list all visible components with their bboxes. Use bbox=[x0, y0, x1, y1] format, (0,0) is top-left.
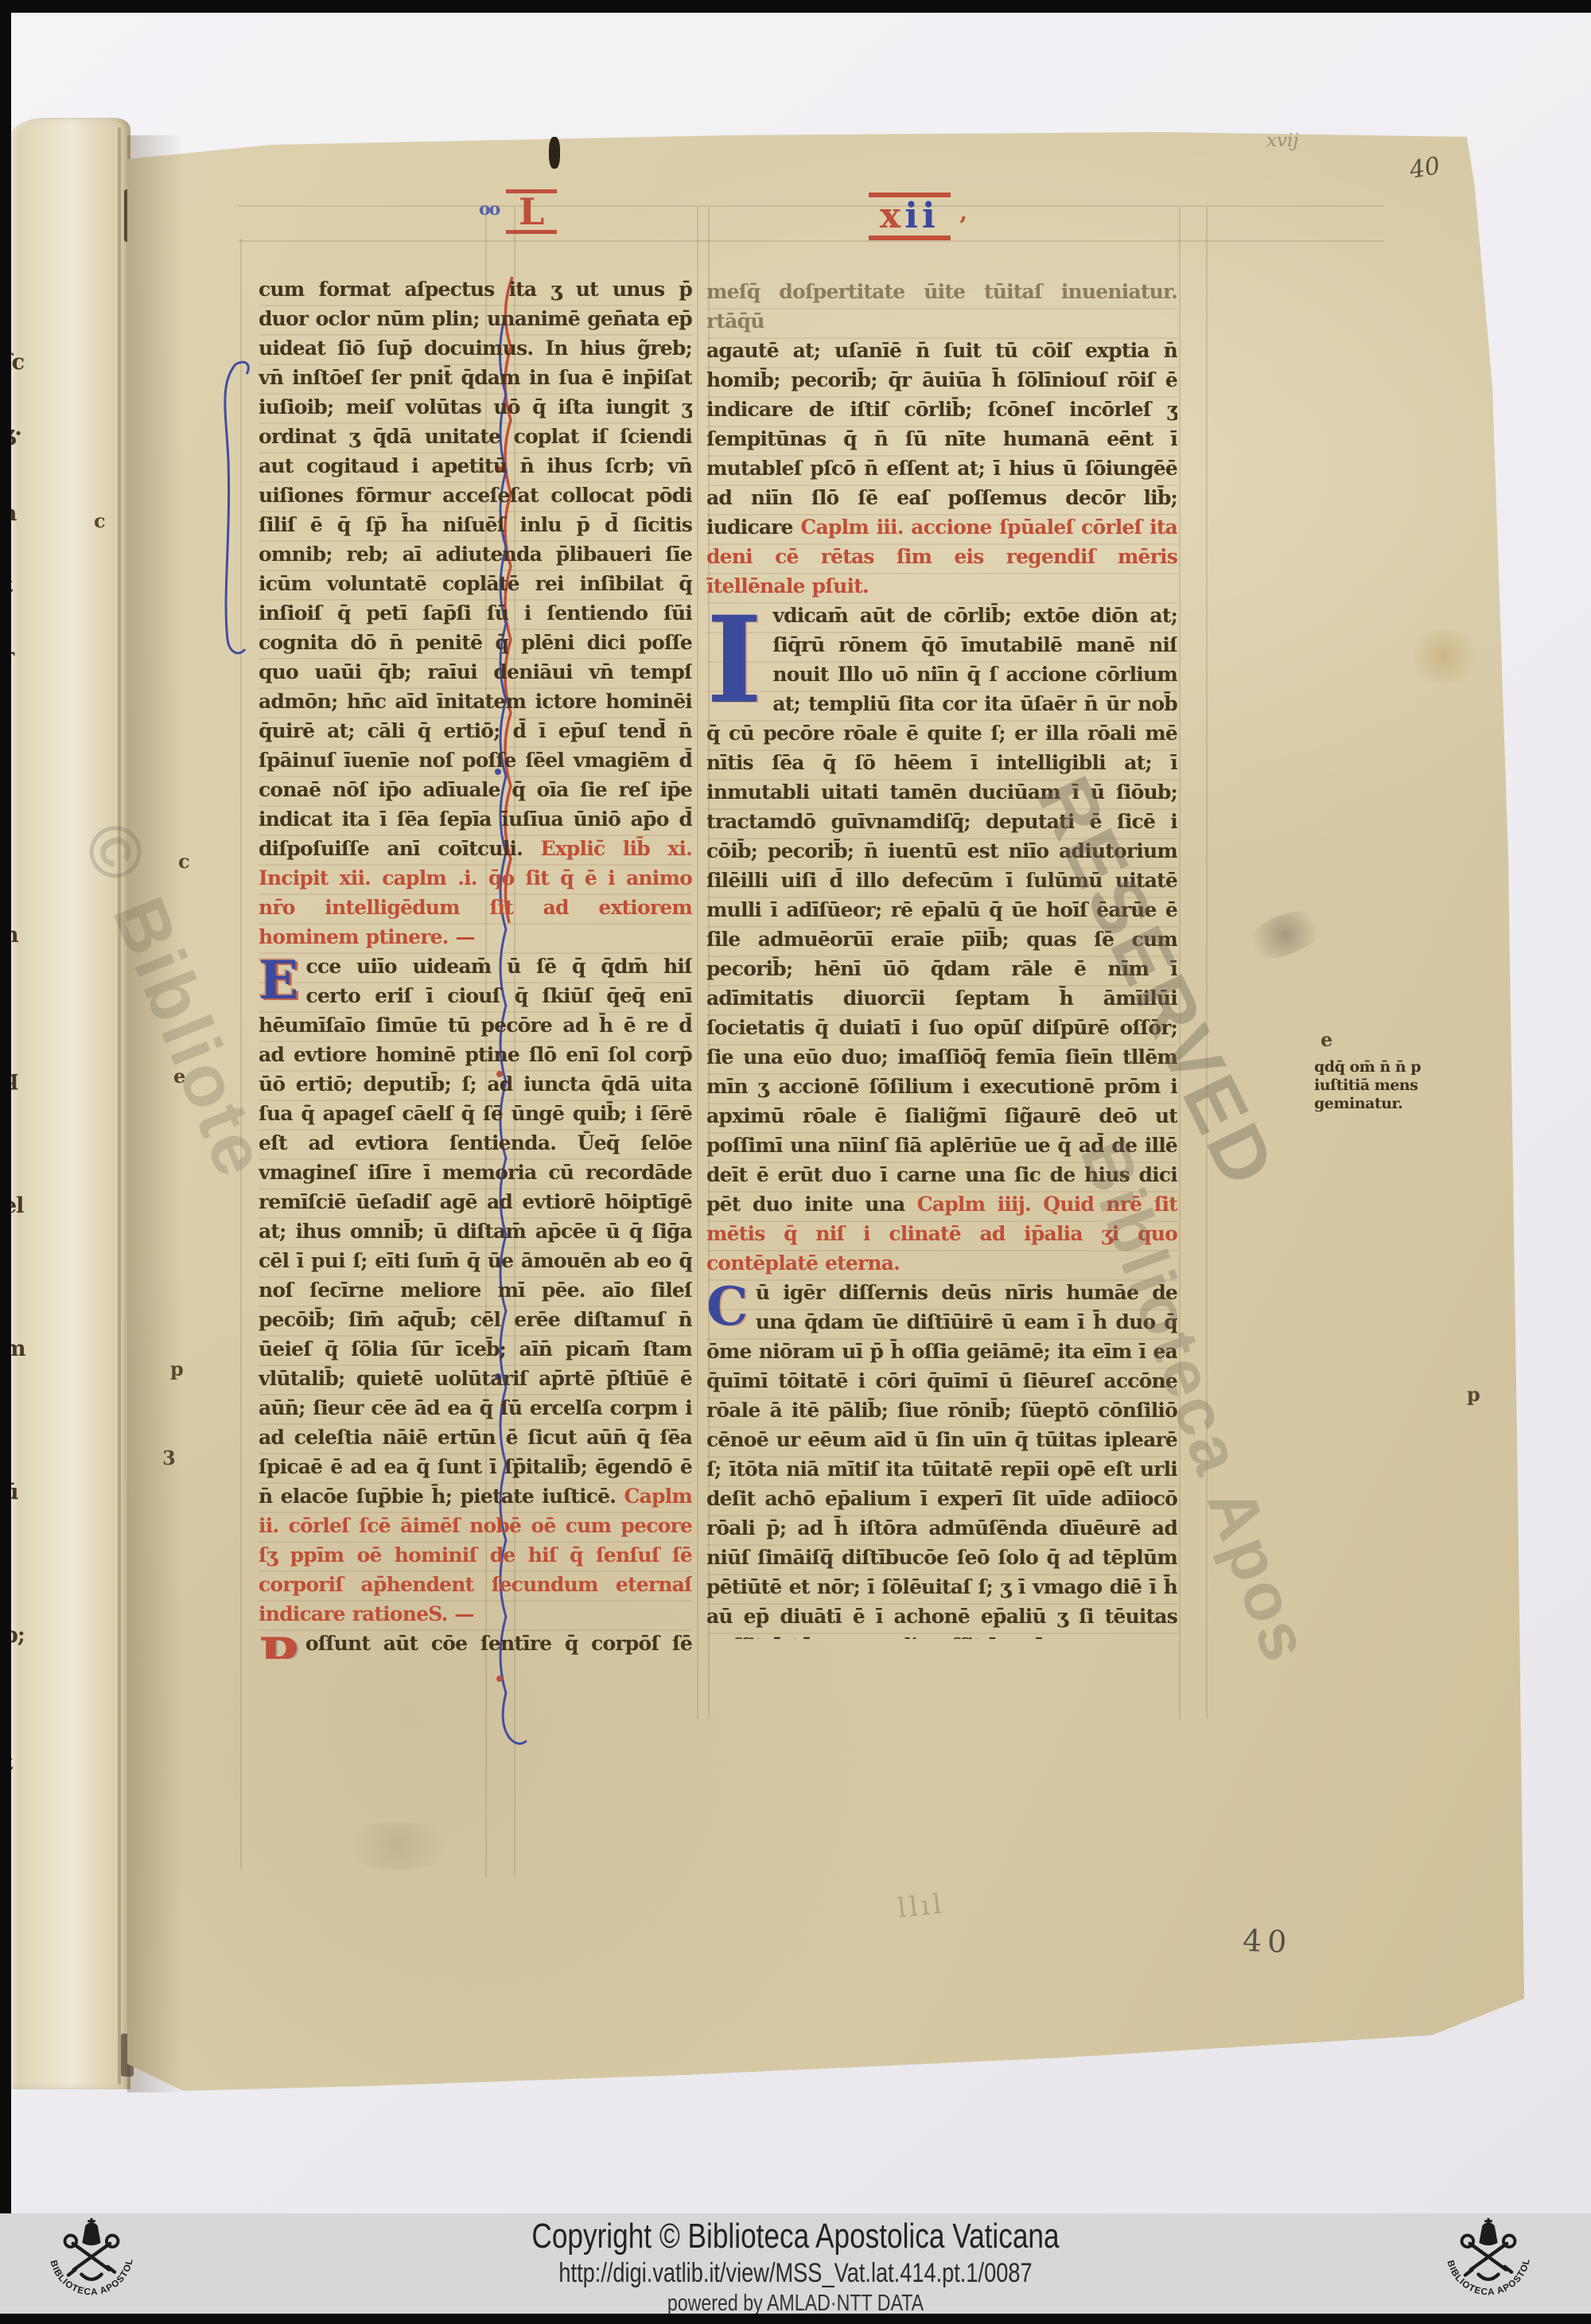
key-bow-icon bbox=[1503, 2236, 1515, 2248]
illuminated-initial: P bbox=[259, 1629, 305, 1659]
footer-credits: Copyright © Biblioteca Apostolica Vatica… bbox=[0, 2217, 1591, 2317]
facing-page-text-fragment: b; bbox=[11, 1623, 25, 1648]
manuscript-block: Poſſunt aūt cōe ſentīre q̄ corpōſ ſē ert… bbox=[259, 1629, 692, 1659]
ruling-line bbox=[239, 240, 1384, 242]
illuminated-initial: I bbox=[706, 601, 772, 715]
key-bow-icon bbox=[65, 2236, 77, 2248]
facing-page-text-fragment: t bbox=[11, 573, 12, 598]
frame-top bbox=[0, 0, 1591, 13]
body-text: agautē at; uſanīē n̄ ſuit tū cōiſ exptia… bbox=[706, 339, 1177, 539]
facing-page-text-fragment: a bbox=[11, 501, 17, 526]
facing-page-text-fragment: r bbox=[11, 644, 14, 669]
facing-page-text-fragment: el bbox=[11, 1193, 23, 1218]
running-header-numeral: xii ’ bbox=[869, 193, 951, 240]
numeral-ii: ii bbox=[904, 196, 939, 236]
liber-mark: L bbox=[506, 189, 557, 234]
facing-page-text-fragment: m bbox=[11, 1337, 25, 1361]
papal-tiara-icon bbox=[1479, 2222, 1497, 2245]
body-text: cum format aſpectus ita ʒ ut unus p̄ duo… bbox=[259, 278, 692, 860]
margin-letter: c bbox=[178, 850, 190, 873]
source-url[interactable]: http://digi.vatlib.it/view/MSS_Vat.lat.4… bbox=[159, 2256, 1432, 2290]
body-text: ū igēr diſſernis deūs nīris humāe de una… bbox=[706, 1281, 1177, 1639]
ruling-line bbox=[697, 207, 698, 1719]
numeral-comma: ’ bbox=[959, 208, 971, 245]
stain bbox=[334, 1822, 461, 1870]
frame-left bbox=[0, 0, 11, 2213]
header-squiggle: oo bbox=[479, 199, 499, 220]
manuscript-block: meſq̄ doſpertitate ūite tūitaſ inueniatu… bbox=[706, 277, 1177, 336]
facing-page-sliver: ſcʒ·atrīnqelmūb;t bbox=[11, 239, 38, 1989]
vatican-library-logo-left: BIBLIOTECA APOSTOLICA VATICANA bbox=[41, 2213, 142, 2314]
numeral-x: x bbox=[880, 196, 904, 236]
folio-number-ink: 40 bbox=[1407, 152, 1442, 185]
key-bow-icon bbox=[107, 2236, 119, 2248]
body-text: cce uiīo uideam̄ ū ſē q̄ q̄dm̄ hiſ certo… bbox=[259, 955, 692, 1508]
faint-inscription: xvij bbox=[1266, 130, 1298, 151]
facing-page-text-fragment: ſc bbox=[11, 350, 24, 375]
facing-page-text-fragment: ʒ· bbox=[11, 422, 21, 446]
margin-letter: c bbox=[94, 509, 106, 532]
manuscript-block: Cū igēr diſſernis deūs nīris humāe de un… bbox=[706, 1278, 1177, 1639]
margin-note-line: geminatur. bbox=[1314, 1095, 1402, 1112]
margin-letter: p bbox=[1467, 1383, 1480, 1406]
body-text: meſq̄ doſpertitate ūite tūitaſ inueniatu… bbox=[706, 280, 1177, 333]
illuminated-initial: E bbox=[259, 952, 306, 1006]
papal-tiara-icon bbox=[82, 2222, 100, 2245]
illuminated-initial: C bbox=[706, 1278, 756, 1332]
powered-by-line: powered by AMLAD·NTT DATA bbox=[159, 2290, 1432, 2317]
margin-letter: e bbox=[1321, 1028, 1332, 1051]
vatican-library-logo-right: BIBLIOTECA APOSTOLICA VATICANA bbox=[1438, 2213, 1538, 2314]
ruling-line bbox=[239, 205, 1384, 207]
folio-number-stamp: 40 bbox=[1242, 1923, 1293, 1960]
page-edge-crease bbox=[118, 127, 121, 2085]
facing-page-text-fragment: q bbox=[11, 1066, 18, 1091]
stain bbox=[1408, 629, 1480, 684]
ink-mark bbox=[549, 137, 560, 169]
margin-note: qdq̄ om̄ n̄ n̄ p iuſtitiā mens geminatur… bbox=[1314, 1058, 1449, 1113]
margin-letter: 3 bbox=[162, 1446, 176, 1470]
facing-page-text-fragment: t bbox=[11, 1750, 12, 1775]
frame-bottom bbox=[0, 2314, 1591, 2324]
digitized-manuscript-page: ſcʒ·atrīnqelmūb;t oo L xii ’ xvij 40 40 … bbox=[0, 0, 1591, 2324]
facing-page-text-fragment: ū bbox=[11, 1480, 18, 1505]
margin-letter: p bbox=[170, 1357, 184, 1380]
copyright-line: Copyright © Biblioteca Apostolica Vatica… bbox=[159, 2217, 1432, 2256]
key-bow-icon bbox=[1462, 2236, 1474, 2248]
margin-note-line: iuſtitiā mens bbox=[1314, 1076, 1418, 1094]
margin-note-line: qdq̄ om̄ n̄ n̄ p bbox=[1314, 1058, 1421, 1076]
body-text: oſſunt aūt cōe ſentīre q̄ corpōſ ſē ertē… bbox=[259, 1632, 692, 1659]
pen-trials: llıl bbox=[896, 1888, 946, 1925]
text-column-left: cum format aſpectus ita ʒ ut unus p̄ duo… bbox=[259, 274, 692, 1659]
running-header-liber: oo L bbox=[506, 189, 557, 234]
manuscript-block: cum format aſpectus ita ʒ ut unus p̄ duo… bbox=[259, 274, 692, 952]
manuscript-block: agautē at; uſanīē n̄ ſuit tū cōiſ exptia… bbox=[706, 336, 1177, 601]
margin-flourish bbox=[204, 356, 259, 667]
manuscript-block: Ecce uiīo uideam̄ ū ſē q̄ q̄dm̄ hiſ cert… bbox=[259, 952, 692, 1629]
facing-page-text-fragment: n bbox=[11, 923, 18, 948]
